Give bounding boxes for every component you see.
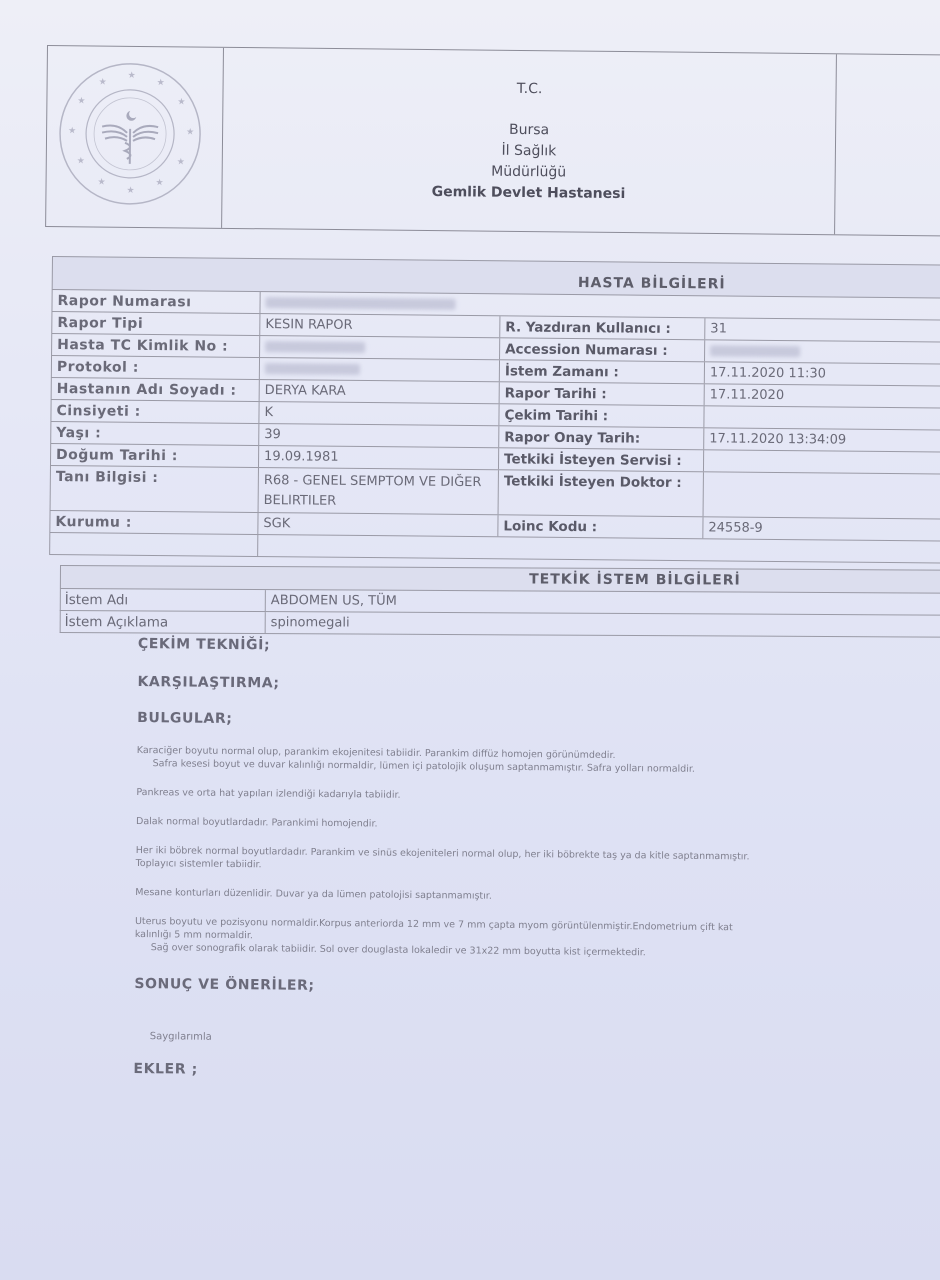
svg-text:★: ★ <box>128 71 136 81</box>
finding-spleen: Dalak normal boyutlardadır. Parankimi ho… <box>136 815 916 836</box>
value-scan-date <box>703 406 940 429</box>
label-request-time: İstem Zamanı : <box>499 360 704 383</box>
value-patient-name: DERYA KARA <box>259 380 499 403</box>
attachments-heading: EKLER ; <box>133 1061 913 1085</box>
finding-liver-gallbladder: Karaciğer boyutu normal olup, parankim e… <box>137 744 917 778</box>
label-request-description: İstem Açıklama <box>61 611 266 633</box>
value-loinc: 24558-9 <box>702 517 940 540</box>
svg-text:★: ★ <box>177 97 185 107</box>
label-request-name: İstem Adı <box>61 589 266 611</box>
value-tc-id-redacted <box>259 336 499 359</box>
label-report-date: Rapor Tarihi : <box>499 382 704 405</box>
label-loinc: Loinc Kodu : <box>497 515 702 538</box>
value-request-time: 17.11.2020 11:30 <box>704 362 940 385</box>
value-gender: K <box>258 402 498 425</box>
svg-text:★: ★ <box>77 156 85 166</box>
label-birth-date: Doğum Tarihi : <box>50 444 258 467</box>
label-tc-id: Hasta TC Kimlik No : <box>51 334 259 357</box>
finding-line: Mesane konturları düzenlidir. Duvar ya d… <box>135 886 915 907</box>
label-age: Yaşı : <box>50 422 258 445</box>
label-diagnosis: Tanı Bilgisi : <box>50 466 258 512</box>
label-gender: Cinsiyeti : <box>50 400 258 423</box>
label-print-user: R. Yazdıran Kullanıcı : <box>499 316 704 339</box>
finding-bladder: Mesane konturları düzenlidir. Duvar ya d… <box>135 886 915 907</box>
document-header: ★★★ ★★★ ★★★ ★★★ T.C. Bursa İl Sağlık Müd… <box>45 45 940 236</box>
findings-heading: BULGULAR; <box>137 710 917 734</box>
header-tc: T.C. <box>223 76 835 103</box>
conclusion-heading: SONUÇ VE ÖNERİLER; <box>134 976 914 1000</box>
value-print-user: 31 <box>704 318 940 341</box>
table-row: İstem Açıklama spinomegali <box>60 611 940 638</box>
label-approval-date: Rapor Onay Tarih: <box>498 426 703 449</box>
empty-cell <box>49 533 257 556</box>
value-request-description: spinomegali <box>266 612 350 633</box>
request-info-table: TETKİK İSTEM BİLGİLERİ İstem Adı ABDOMEN… <box>60 565 940 638</box>
finding-line: Pankreas ve orta hat yapıları izlendiği … <box>136 786 916 807</box>
svg-text:★: ★ <box>68 126 76 136</box>
finding-kidneys: Her iki böbrek normal boyutlardadır. Par… <box>136 844 916 878</box>
closing-text: Saygılarımla <box>134 1030 914 1051</box>
label-protocol: Protokol : <box>51 356 259 379</box>
svg-text:★: ★ <box>186 127 194 137</box>
value-request-name: ABDOMEN US, TÜM <box>266 590 397 612</box>
report-page: ★★★ ★★★ ★★★ ★★★ T.C. Bursa İl Sağlık Müd… <box>0 0 940 1280</box>
value-age: 39 <box>258 424 498 447</box>
finding-uterus-ovaries: Uterus boyutu ve pozisyonu normaldir.Kor… <box>135 915 915 962</box>
label-accession: Accession Numarası : <box>499 338 704 361</box>
finding-line: Dalak normal boyutlardadır. Parankimi ho… <box>136 815 916 836</box>
svg-text:★: ★ <box>157 78 165 88</box>
value-accession-redacted <box>704 340 940 363</box>
svg-text:★: ★ <box>99 78 107 88</box>
svg-text:★: ★ <box>156 178 164 188</box>
label-patient-name: Hastanın Adı Soyadı : <box>51 378 259 401</box>
institution-title: T.C. Bursa İl Sağlık Müdürlüğü Gemlik De… <box>222 48 837 234</box>
label-scan-date: Çekim Tarihi : <box>498 404 703 427</box>
label-institution: Kurumu : <box>49 511 257 534</box>
value-protocol-redacted <box>259 358 499 381</box>
svg-text:★: ★ <box>98 178 106 188</box>
value-approval-date: 17.11.2020 13:34:09 <box>703 428 940 451</box>
value-report-date: 17.11.2020 <box>704 384 940 407</box>
svg-text:★: ★ <box>126 186 134 196</box>
technique-heading: ÇEKİM TEKNİĞİ; <box>138 636 918 660</box>
ministry-of-health-seal-icon: ★★★ ★★★ ★★★ ★★★ <box>54 58 206 210</box>
svg-text:★: ★ <box>177 157 185 167</box>
label-report-number: Rapor Numarası <box>51 290 259 313</box>
comparison-heading: KARŞILAŞTIRMA; <box>137 674 917 698</box>
value-diagnosis: R68 - GENEL SEMPTOM VE DIĞER BELIRTILER <box>258 468 498 514</box>
label-requesting-service: Tetkiki İsteyen Servisi : <box>498 448 703 471</box>
logo-cell: ★★★ ★★★ ★★★ ★★★ <box>46 46 224 228</box>
patient-info-table: HASTA BİLGİLERİ Rapor Numarası Rapor Tip… <box>49 256 940 564</box>
report-body: ÇEKİM TEKNİĞİ; KARŞILAŞTIRMA; BULGULAR; … <box>133 636 918 1085</box>
svg-text:★: ★ <box>77 96 85 106</box>
value-birth-date: 19.09.1981 <box>258 446 498 469</box>
finding-pancreas: Pankreas ve orta hat yapıları izlendiği … <box>136 786 916 807</box>
value-requesting-service-redacted <box>703 450 940 473</box>
value-requesting-doctor-redacted <box>703 472 940 518</box>
label-requesting-doctor: Tetkiki İsteyen Doktor : <box>498 470 703 516</box>
value-institution: SGK <box>257 513 497 536</box>
value-report-type: KESIN RAPOR <box>259 314 499 337</box>
label-report-type: Rapor Tipi <box>51 312 259 335</box>
